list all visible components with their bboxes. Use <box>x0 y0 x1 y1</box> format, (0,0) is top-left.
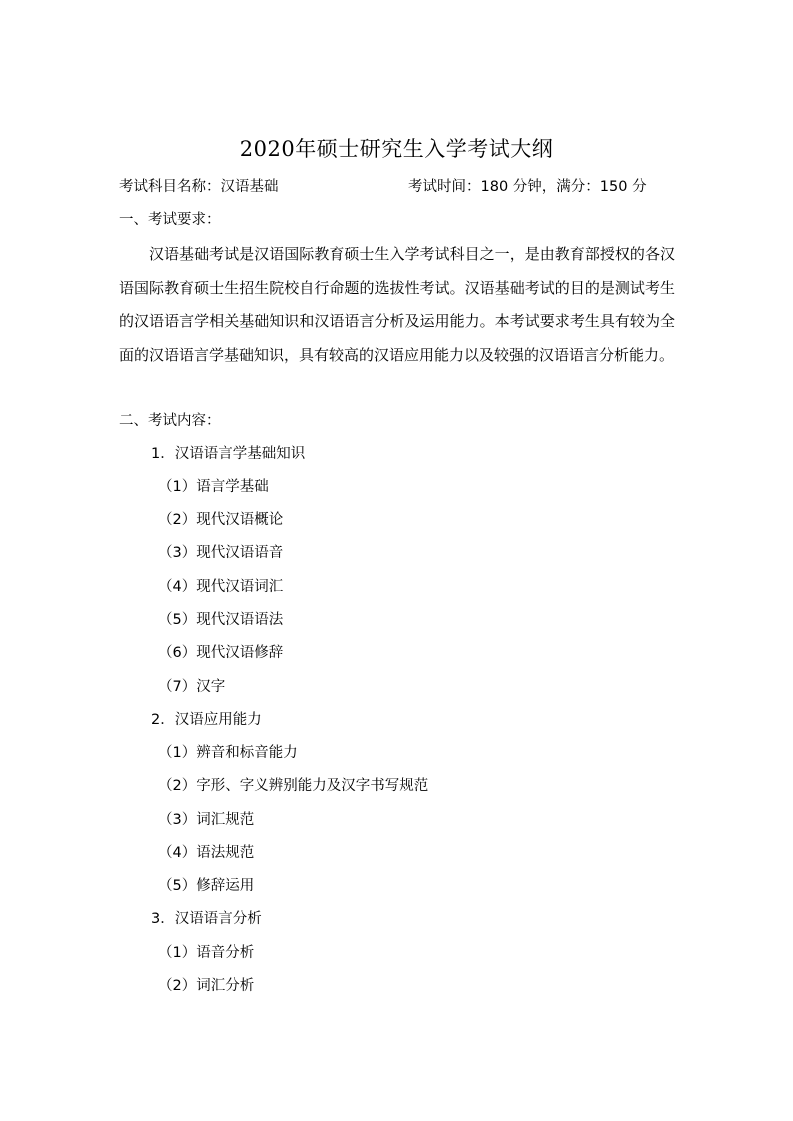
group-title: 2．汉语应用能力 <box>151 708 262 729</box>
list-item: （3）词汇规范 <box>158 808 254 829</box>
list-item: （2）现代汉语概论 <box>158 508 283 529</box>
subject-name: 考试科目名称：汉语基础 <box>119 175 279 196</box>
requirements-paragraph: 汉语基础考试是汉语国际教育硕士生入学考试科目之一，是由教育部授权的各汉语国际教育… <box>119 238 675 372</box>
list-item: （3）现代汉语语音 <box>158 541 283 562</box>
list-item: （1）语言学基础 <box>158 475 269 496</box>
section-heading-requirements: 一、考试要求： <box>119 208 221 229</box>
list-item: （2）词汇分析 <box>158 974 254 995</box>
group-title: 1．汉语语言学基础知识 <box>151 442 305 463</box>
list-item: （4）语法规范 <box>158 841 254 862</box>
page-title: 2020年硕士研究生入学考试大纲 <box>0 133 793 163</box>
exam-time-score: 考试时间：180 分钟，满分：150 分 <box>408 175 647 196</box>
list-item: （7）汉字 <box>158 675 225 696</box>
section-heading-content: 二、考试内容： <box>119 409 221 430</box>
list-item: （2）字形、字义辨别能力及汉字书写规范 <box>158 774 428 795</box>
list-item: （5）修辞运用 <box>158 874 254 895</box>
list-item: （1）辨音和标音能力 <box>158 741 298 762</box>
group-title: 3．汉语语言分析 <box>151 907 262 928</box>
list-item: （4）现代汉语词汇 <box>158 575 283 596</box>
list-item: （6）现代汉语修辞 <box>158 641 283 662</box>
list-item: （5）现代汉语语法 <box>158 608 283 629</box>
list-item: （1）语音分析 <box>158 941 254 962</box>
